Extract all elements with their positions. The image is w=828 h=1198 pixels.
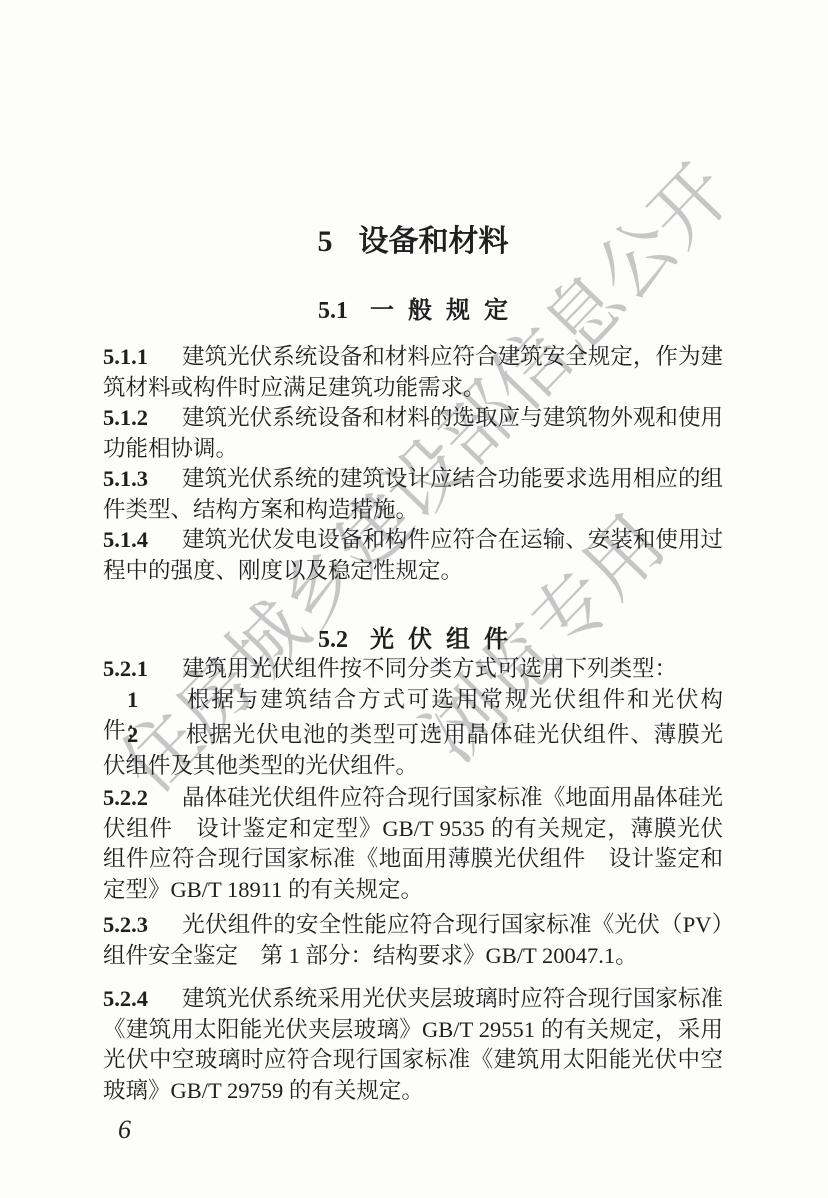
section-number: 5.1 [318, 298, 348, 324]
clause-5-2-3: 5.2.3光伏组件的安全性能应符合现行国家标准《光伏（PV）组件安全鉴定 第 1… [103, 910, 723, 971]
clause-number: 5.2.1 [103, 654, 182, 685]
list-item-2: 2根据光伏电池的类型可选用晶体硅光伏组件、薄膜光伏组件及其他类型的光伏组件。 [103, 720, 723, 781]
section-heading-5-2: 5.2光伏组件 [103, 625, 723, 655]
clause-5-1-4: 5.1.4建筑光伏发电设备和构件应符合在运输、安装和使用过程中的强度、刚度以及稳… [103, 525, 723, 586]
clause-number: 5.1.3 [103, 464, 182, 495]
clause-text: 建筑光伏系统的建筑设计应结合功能要求选用相应的组件类型、结构方案和构造措施。 [103, 466, 723, 522]
clause-number: 5.2.3 [103, 910, 182, 941]
page-number: 6 [118, 1115, 131, 1145]
clause-5-1-2: 5.1.2建筑光伏系统设备和材料的选取应与建筑物外观和使用功能相协调。 [103, 403, 723, 464]
clause-5-1-3: 5.1.3建筑光伏系统的建筑设计应结合功能要求选用相应的组件类型、结构方案和构造… [103, 464, 723, 525]
section-title: 光伏组件 [370, 627, 522, 653]
section-heading-5-1: 5.1一般规定 [103, 296, 723, 326]
clause-text: 光伏组件的安全性能应符合现行国家标准《光伏（PV）组件安全鉴定 第 1 部分：结… [103, 912, 723, 968]
section-number: 5.2 [318, 627, 348, 653]
item-number: 2 [127, 720, 185, 751]
item-number: 1 [127, 685, 185, 716]
section-title: 一般规定 [370, 298, 522, 324]
clause-5-2-1: 5.2.1建筑用光伏组件按不同分类方式可选用下列类型： [103, 654, 723, 685]
clause-number: 5.1.1 [103, 342, 182, 373]
clause-text: 建筑用光伏组件按不同分类方式可选用下列类型： [182, 656, 677, 681]
clause-number: 5.1.2 [103, 403, 182, 434]
clause-text: 建筑光伏系统设备和材料应符合建筑安全规定，作为建筑材料或构件时应满足建筑功能需求… [103, 344, 723, 400]
clause-number: 5.2.4 [103, 984, 182, 1015]
clause-text: 建筑光伏发电设备和构件应符合在运输、安装和使用过程中的强度、刚度以及稳定性规定。 [103, 527, 723, 583]
clause-text: 建筑光伏系统设备和材料的选取应与建筑物外观和使用功能相协调。 [103, 405, 723, 461]
clause-number: 5.1.4 [103, 525, 182, 556]
clause-5-2-2: 5.2.2晶体硅光伏组件应符合现行国家标准《地面用晶体硅光伏组件 设计鉴定和定型… [103, 783, 723, 905]
chapter-heading: 5设备和材料 [103, 224, 723, 260]
chapter-number: 5 [318, 225, 333, 258]
document-page: 住房城乡建设部信息公开 浏览专用 5设备和材料 5.1一般规定 5.1.1建筑光… [0, 0, 828, 1198]
item-text: 根据光伏电池的类型可选用晶体硅光伏组件、薄膜光伏组件及其他类型的光伏组件。 [103, 722, 723, 778]
clause-number: 5.2.2 [103, 783, 182, 814]
chapter-title: 设备和材料 [359, 225, 509, 258]
clause-5-1-1: 5.1.1建筑光伏系统设备和材料应符合建筑安全规定，作为建筑材料或构件时应满足建… [103, 342, 723, 403]
clause-text: 建筑光伏系统采用光伏夹层玻璃时应符合现行国家标准《建筑用太阳能光伏夹层玻璃》GB… [103, 986, 723, 1103]
clause-5-2-4: 5.2.4建筑光伏系统采用光伏夹层玻璃时应符合现行国家标准《建筑用太阳能光伏夹层… [103, 984, 723, 1106]
clause-text: 晶体硅光伏组件应符合现行国家标准《地面用晶体硅光伏组件 设计鉴定和定型》GB/T… [103, 785, 723, 902]
